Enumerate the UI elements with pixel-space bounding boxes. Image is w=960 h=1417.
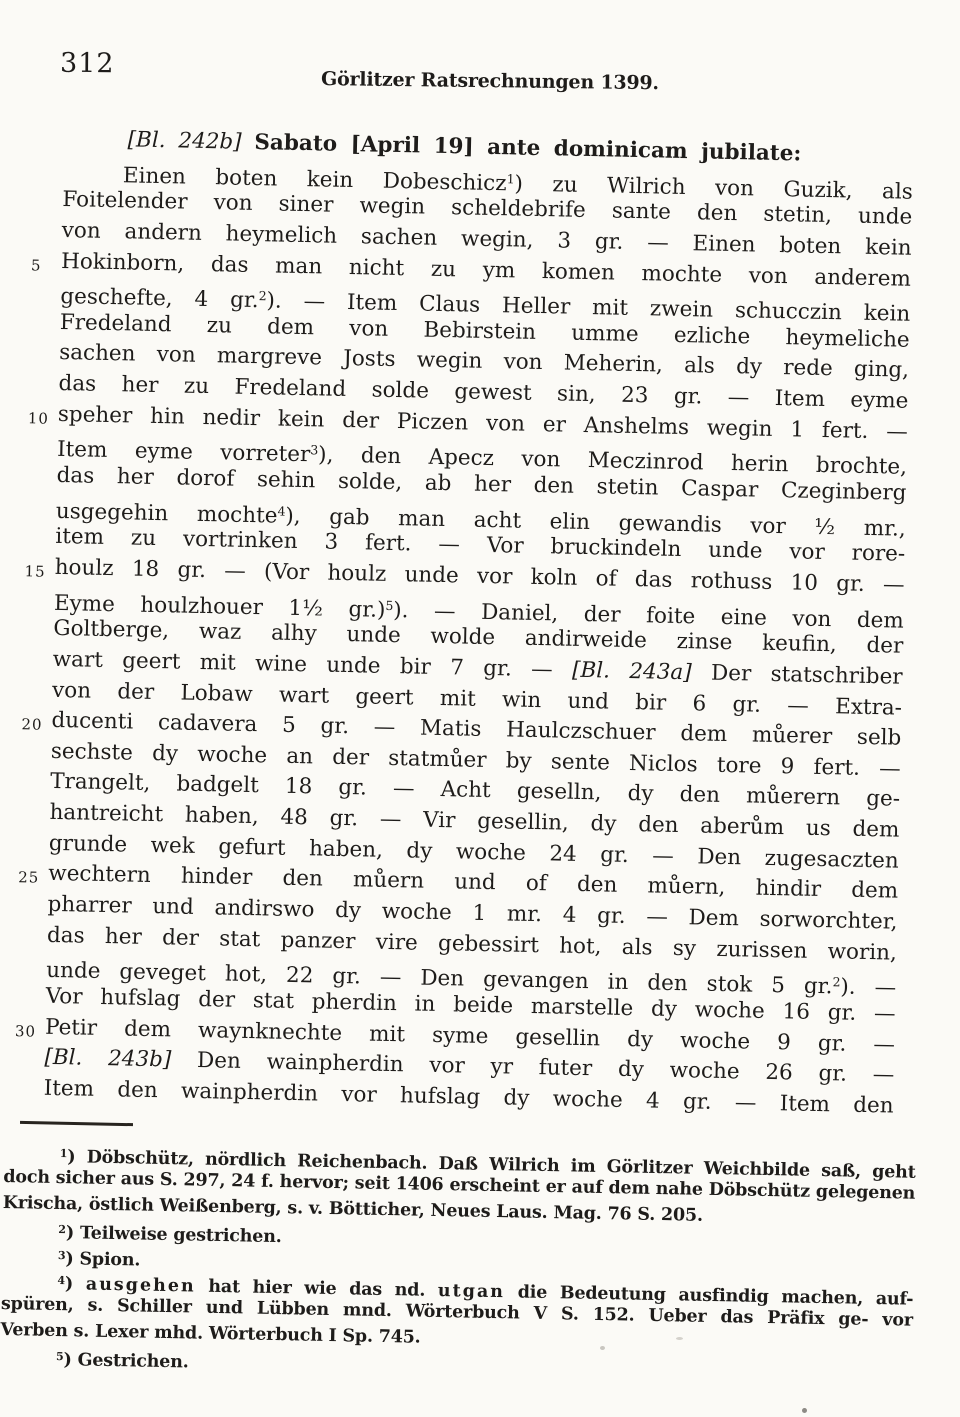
text-run: Der statschriber bbox=[691, 660, 902, 689]
margin-line-number: 20 bbox=[21, 709, 43, 740]
margin-line-number: 5 bbox=[31, 250, 42, 281]
margin-line-number: 30 bbox=[15, 1016, 37, 1047]
text-run: ) Gestrichen. bbox=[63, 1350, 188, 1372]
text-run: [Bl. 243a] bbox=[572, 658, 692, 685]
scan-speck bbox=[802, 1408, 807, 1413]
text-run: [Bl. 243b] bbox=[44, 1045, 171, 1073]
margin-line-number: 10 bbox=[28, 403, 50, 434]
text-run: utgan bbox=[438, 1281, 505, 1302]
text-run: [Bl. 242b] bbox=[127, 127, 254, 155]
footnote-separator-rule bbox=[20, 1121, 133, 1126]
margin-line-number: 25 bbox=[18, 863, 40, 894]
scan-speck bbox=[676, 1337, 683, 1340]
text-run: ) Spion. bbox=[65, 1249, 140, 1270]
margin-line-number: 15 bbox=[24, 556, 46, 587]
text-run: ) bbox=[65, 1274, 86, 1294]
footnotes-block: 1) Döbschütz, nördlich Reichenbach. Daß … bbox=[0, 1140, 916, 1385]
scanned-book-page: 312 Görlitzer Ratsrechnungen 1399. [Bl. … bbox=[0, 0, 960, 1417]
text-run: Verben s. Lexer mhd. Wörterbuch I Sp. 74… bbox=[0, 1320, 420, 1348]
text-run: ). — bbox=[840, 975, 896, 1001]
main-text-block: [Bl. 242b] Sabato [April 19] ante domini… bbox=[43, 124, 913, 1122]
running-header: Görlitzer Ratsrechnungen 1399. bbox=[0, 64, 960, 98]
scan-speck bbox=[600, 1346, 605, 1350]
